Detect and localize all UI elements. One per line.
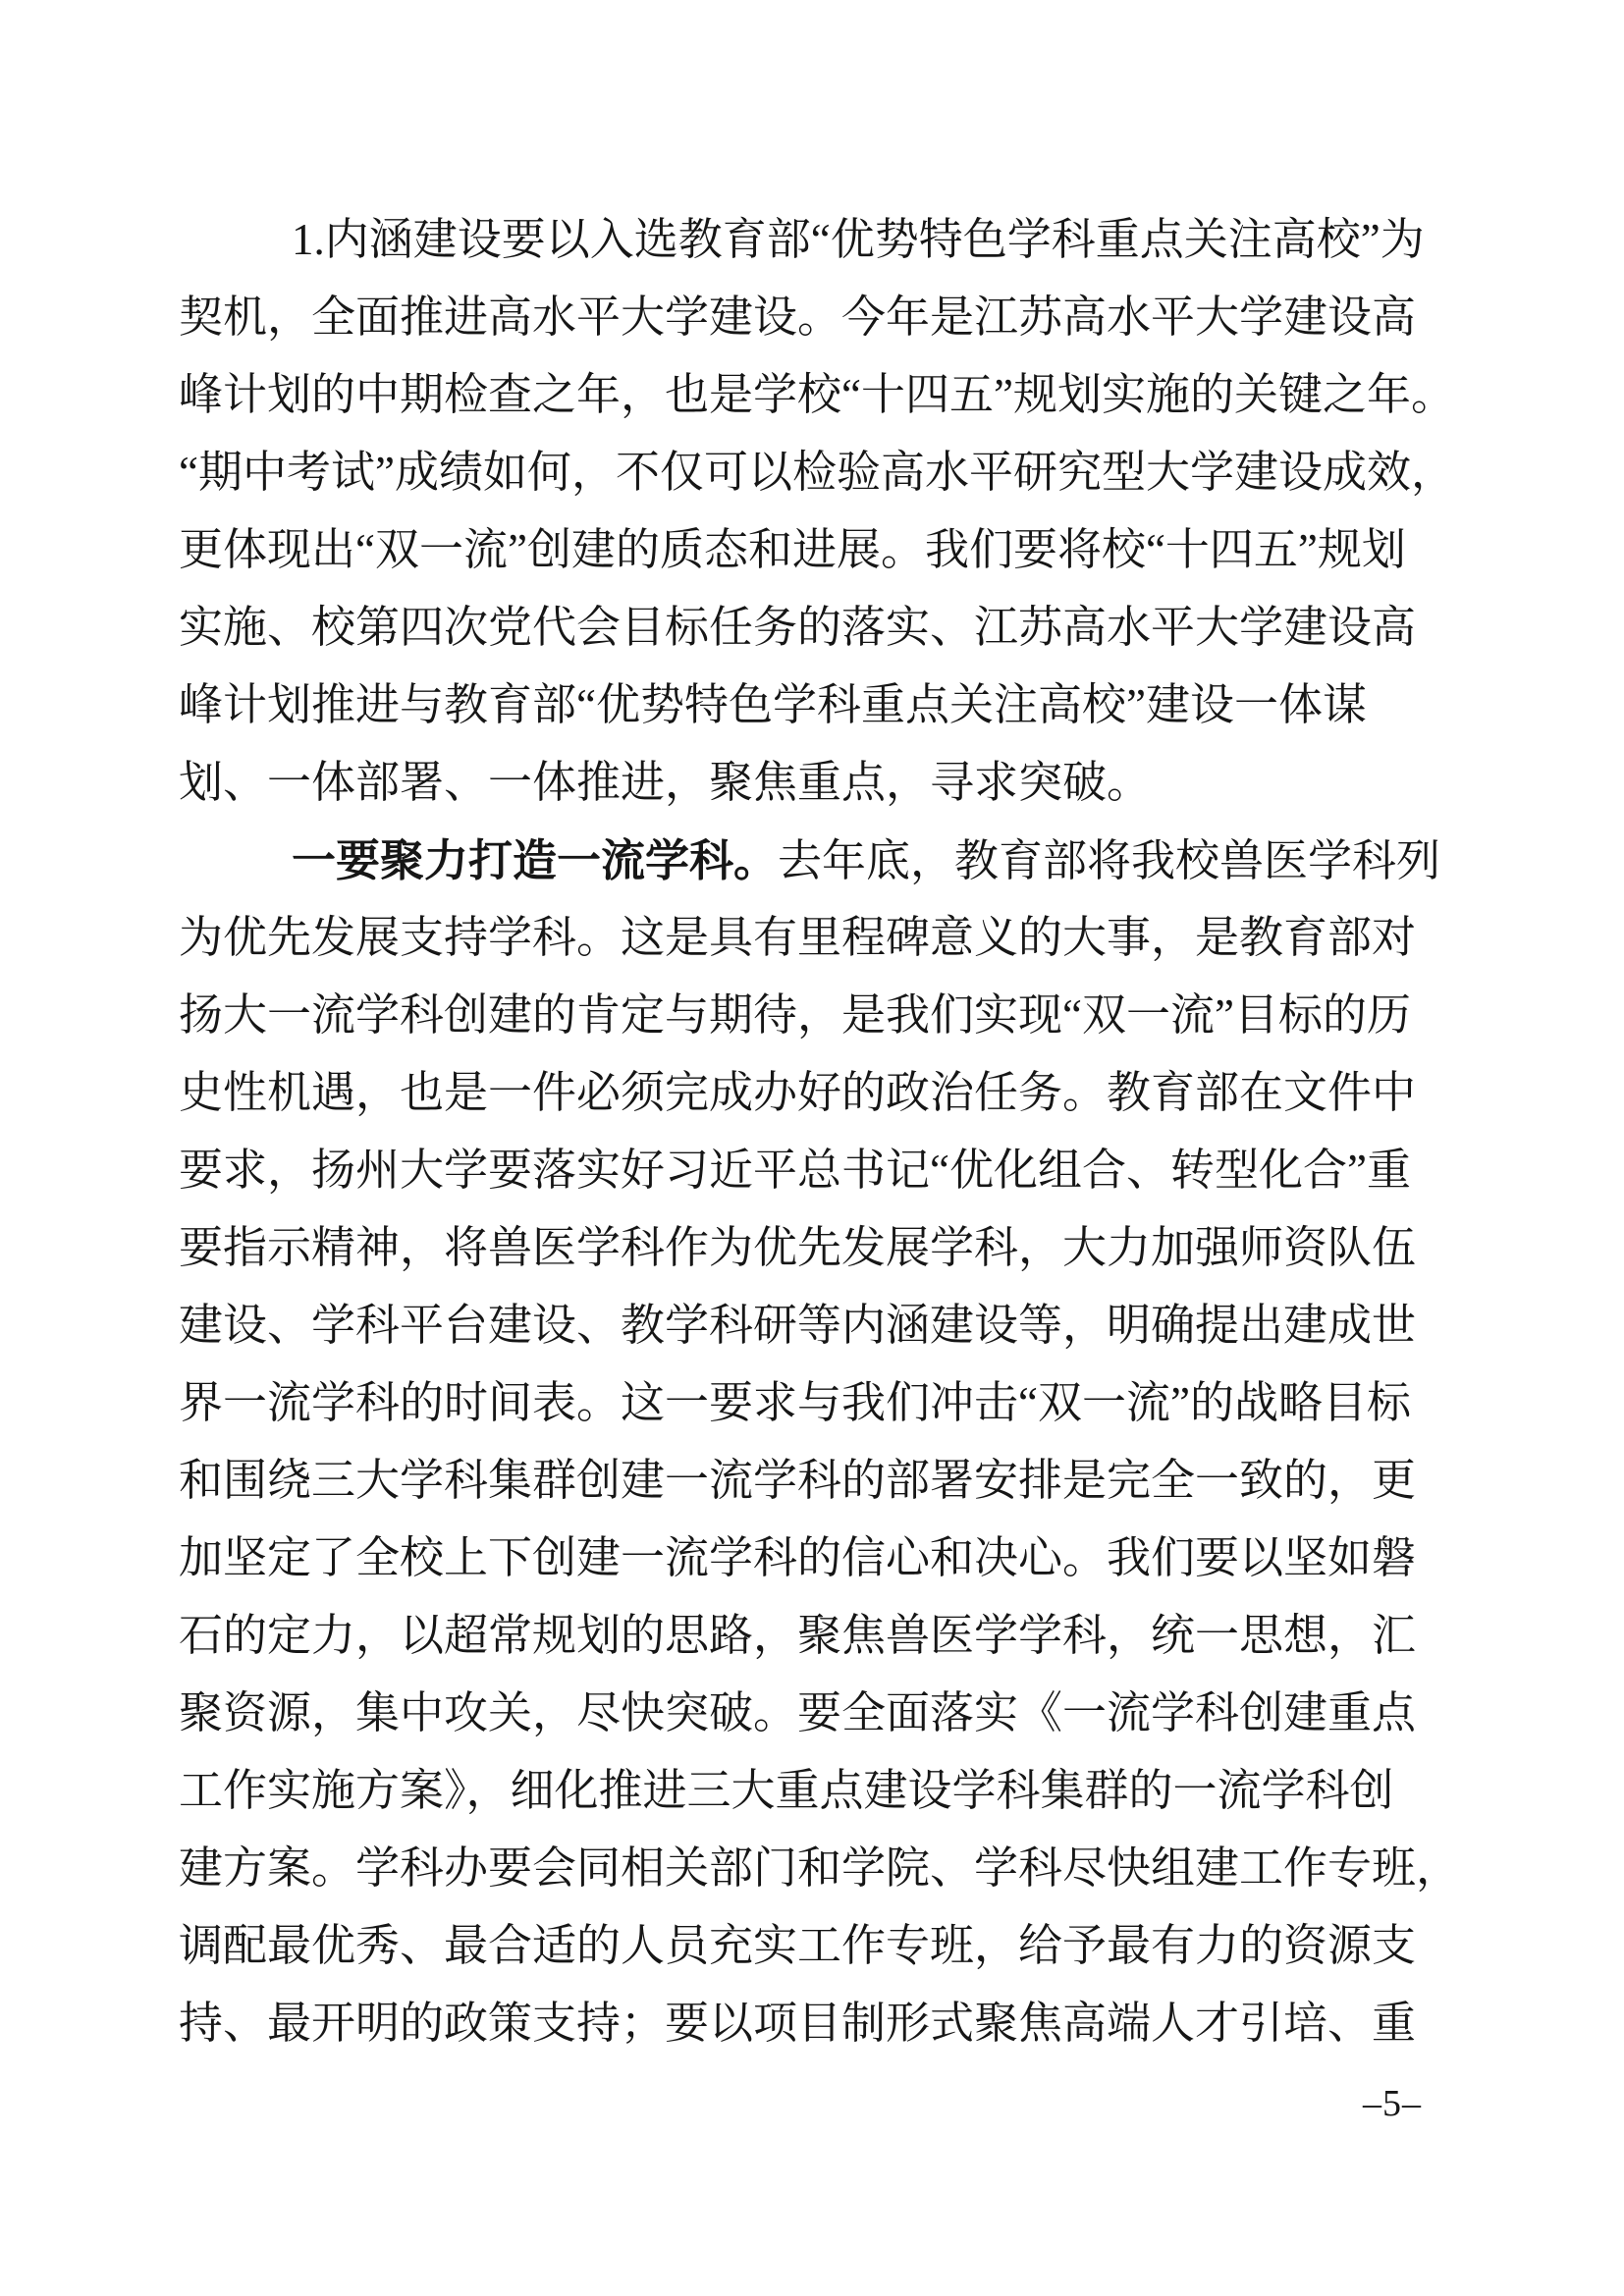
text-line: 石的定力，以超常规划的思路，聚焦兽医学学科，统一思想，汇 xyxy=(179,1597,1426,1675)
text-segment: 峰计划的中期检查之年，也是学校“十四五”规划实施的关键之年。 xyxy=(179,370,1455,419)
text-segment: 更体现出“双一流”创建的质态和进展。我们要将校“十四五”规划 xyxy=(179,525,1406,574)
text-line: 建方案。学科办要会同相关部门和学院、学科尽快组建工作专班， xyxy=(179,1830,1426,1907)
text-segment: 工作实施方案》，细化推进三大重点建设学科集群的一流学科创 xyxy=(179,1766,1394,1815)
text-line: 和围绕三大学科集群创建一流学科的部署安排是完全一致的，更 xyxy=(179,1442,1426,1520)
bold-heading-segment: 一要聚力打造一流学科。 xyxy=(292,835,778,885)
document-body: 1.内涵建设要以入选教育部“优势特色学科重点关注高校”为契机，全面推进高水平大学… xyxy=(179,201,1426,2062)
text-segment: 去年底，教育部将我校兽医学科列 xyxy=(778,836,1440,885)
text-line: 峰计划的中期检查之年，也是学校“十四五”规划实施的关键之年。 xyxy=(179,356,1426,434)
text-segment: 聚资源，集中攻关，尽快突破。要全面落实《一流学科创建重点 xyxy=(179,1688,1416,1737)
text-segment: 要求，扬州大学要落实好习近平总书记“优化组合、转型化合”重 xyxy=(179,1146,1411,1195)
text-segment: 实施、校第四次党代会目标任务的落实、江苏高水平大学建设高 xyxy=(179,603,1416,652)
text-line: 建设、学科平台建设、教学科研等内涵建设等，明确提出建成世 xyxy=(179,1287,1426,1364)
text-line: 持、最开明的政策支持；要以项目制形式聚焦高端人才引培、重 xyxy=(179,1985,1426,2062)
text-segment: 石的定力，以超常规划的思路，聚焦兽医学学科，统一思想，汇 xyxy=(179,1611,1416,1660)
text-line: 工作实施方案》，细化推进三大重点建设学科集群的一流学科创 xyxy=(179,1752,1426,1830)
text-line: 调配最优秀、最合适的人员充实工作专班，给予最有力的资源支 xyxy=(179,1907,1426,1985)
text-segment: 史性机遇，也是一件必须完成办好的政治任务。教育部在文件中 xyxy=(179,1068,1416,1117)
text-segment: 要指示精神，将兽医学科作为优先发展学科，大力加强师资队伍 xyxy=(179,1223,1416,1272)
document-page: 1.内涵建设要以入选教育部“优势特色学科重点关注高校”为契机，全面推进高水平大学… xyxy=(0,0,1624,2296)
text-segment: 加坚定了全校上下创建一流学科的信心和决心。我们要以坚如磐 xyxy=(179,1533,1416,1582)
text-line: 加坚定了全校上下创建一流学科的信心和决心。我们要以坚如磐 xyxy=(179,1520,1426,1597)
page-number: –5– xyxy=(1363,2081,1422,2126)
text-line: 为优先发展支持学科。这是具有里程碑意义的大事，是教育部对 xyxy=(179,899,1426,977)
text-segment: 为优先发展支持学科。这是具有里程碑意义的大事，是教育部对 xyxy=(179,913,1416,962)
text-line: 实施、校第四次党代会目标任务的落实、江苏高水平大学建设高 xyxy=(179,589,1426,667)
text-line: “期中考试”成绩如何，不仅可以检验高水平研究型大学建设成效， xyxy=(179,434,1426,511)
text-segment: 调配最优秀、最合适的人员充实工作专班，给予最有力的资源支 xyxy=(179,1921,1416,1970)
text-line: 更体现出“双一流”创建的质态和进展。我们要将校“十四五”规划 xyxy=(179,511,1426,589)
text-line: 契机，全面推进高水平大学建设。今年是江苏高水平大学建设高 xyxy=(179,279,1426,356)
text-line: 史性机遇，也是一件必须完成办好的政治任务。教育部在文件中 xyxy=(179,1054,1426,1132)
text-segment: 和围绕三大学科集群创建一流学科的部署安排是完全一致的，更 xyxy=(179,1456,1416,1505)
text-line: 界一流学科的时间表。这一要求与我们冲击“双一流”的战略目标 xyxy=(179,1364,1426,1442)
text-segment: 界一流学科的时间表。这一要求与我们冲击“双一流”的战略目标 xyxy=(179,1378,1411,1427)
text-line: 扬大一流学科创建的肯定与期待，是我们实现“双一流”目标的历 xyxy=(179,977,1426,1054)
text-segment: 1.内涵建设要以入选教育部“优势特色学科重点关注高校”为 xyxy=(292,215,1425,264)
text-line: 要求，扬州大学要落实好习近平总书记“优化组合、转型化合”重 xyxy=(179,1132,1426,1209)
text-line: 要指示精神，将兽医学科作为优先发展学科，大力加强师资队伍 xyxy=(179,1209,1426,1287)
text-segment: 峰计划推进与教育部“优势特色学科重点关注高校”建设一体谋 xyxy=(179,680,1367,729)
text-line: 聚资源，集中攻关，尽快突破。要全面落实《一流学科创建重点 xyxy=(179,1675,1426,1752)
text-segment: 划、一体部署、一体推进，聚焦重点，寻求突破。 xyxy=(179,758,1151,807)
text-segment: 建设、学科平台建设、教学科研等内涵建设等，明确提出建成世 xyxy=(179,1301,1416,1350)
text-segment: 扬大一流学科创建的肯定与期待，是我们实现“双一流”目标的历 xyxy=(179,990,1411,1040)
text-segment: 建方案。学科办要会同相关部门和学院、学科尽快组建工作专班， xyxy=(179,1843,1460,1893)
text-line: 一要聚力打造一流学科。去年底，教育部将我校兽医学科列 xyxy=(179,822,1426,899)
text-segment: “期中考试”成绩如何，不仅可以检验高水平研究型大学建设成效， xyxy=(179,448,1455,497)
text-line: 1.内涵建设要以入选教育部“优势特色学科重点关注高校”为 xyxy=(179,201,1426,279)
text-line: 划、一体部署、一体推进，聚焦重点，寻求突破。 xyxy=(179,744,1426,822)
text-segment: 契机，全面推进高水平大学建设。今年是江苏高水平大学建设高 xyxy=(179,293,1416,342)
text-line: 峰计划推进与教育部“优势特色学科重点关注高校”建设一体谋 xyxy=(179,667,1426,744)
text-segment: 持、最开明的政策支持；要以项目制形式聚焦高端人才引培、重 xyxy=(179,1999,1416,2048)
